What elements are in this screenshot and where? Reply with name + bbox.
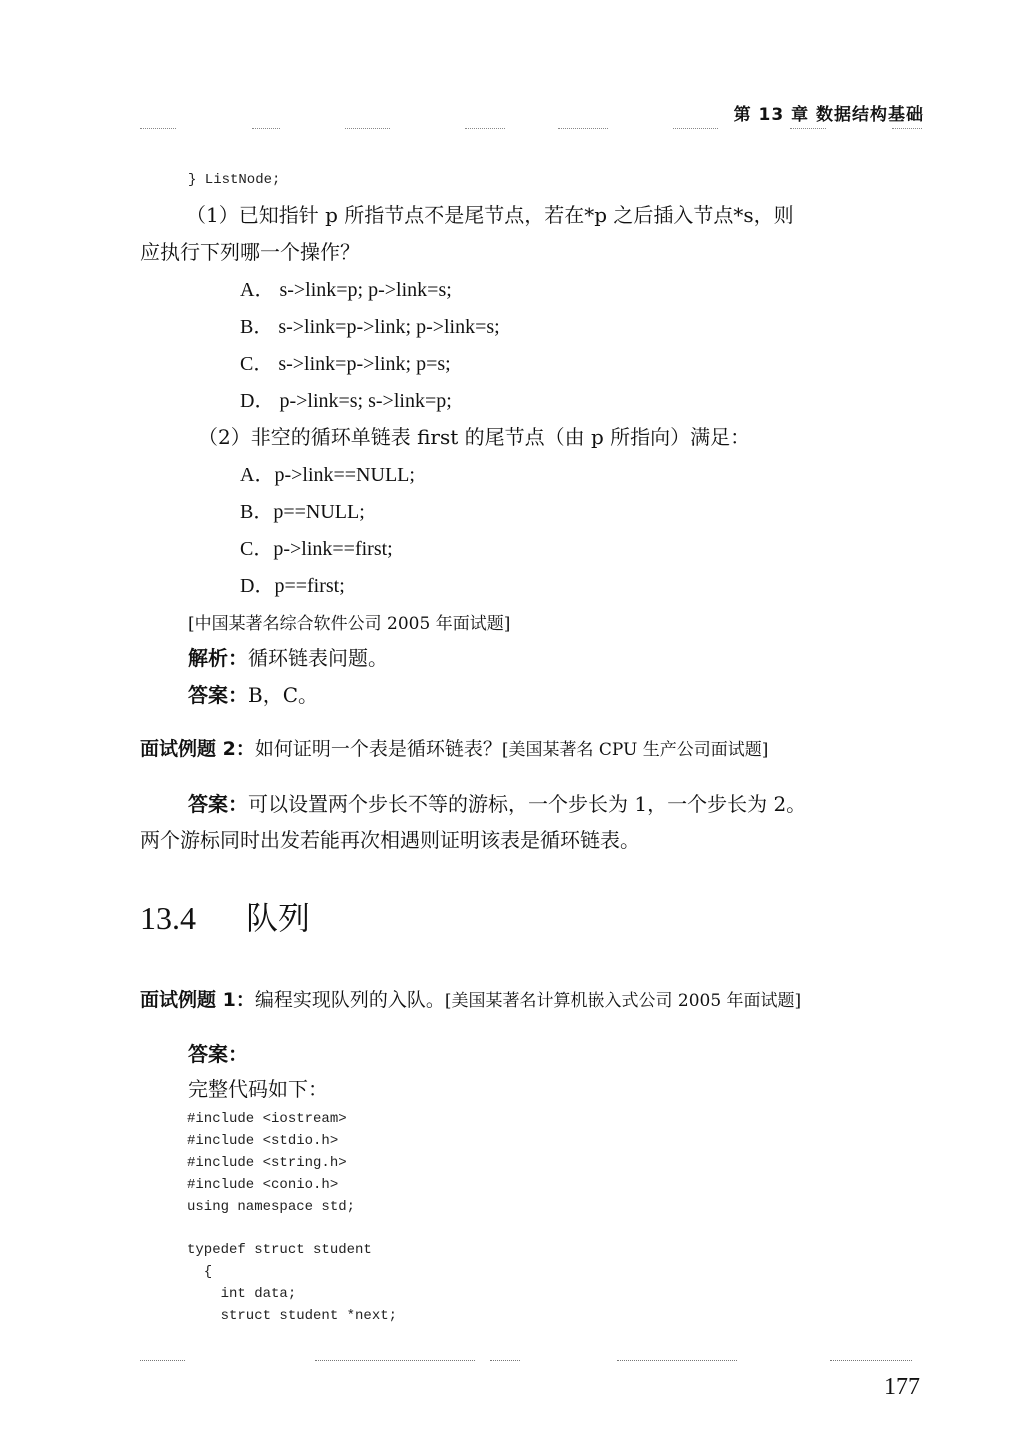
question-1-option-a: A． s->link=p; p->link=s; [240, 273, 452, 302]
answer-label: 答案： [188, 683, 248, 707]
question-source: [中国某著名综合软件公司 2005 年面试题] [188, 609, 510, 634]
footer-rule [830, 1360, 912, 1361]
question-2-stem: （2）非空的循环单链表 first 的尾节点（由 p 所指向）满足： [198, 421, 750, 450]
header-rule [673, 128, 718, 129]
question-2-option-c: C．p->link==first; [240, 532, 393, 561]
footer-rule [315, 1360, 475, 1361]
code-line: struct student *next; [187, 1308, 397, 1324]
code-line: #include <iostream> [187, 1111, 347, 1127]
header-rule [558, 128, 608, 129]
code-line: using namespace std; [187, 1199, 355, 1215]
code-line: #include <stdio.h> [187, 1133, 338, 1149]
example-question: 编程实现队列的入队。 [255, 989, 445, 1011]
header-rule [790, 128, 826, 129]
question-1-option-c: C． s->link=p->link; p=s; [240, 347, 451, 376]
example-source: [美国某著名计算机嵌入式公司 2005 年面试题] [445, 991, 801, 1011]
answer-2: 答案：可以设置两个步长不等的游标，一个步长为 1，一个步长为 2。 [188, 788, 806, 817]
example-label: 面试例题 1： [140, 989, 255, 1011]
section-number: 13.4 [140, 900, 246, 937]
footer-rule [490, 1360, 520, 1361]
analysis: 解析：循环链表问题。 [188, 642, 388, 671]
answer-2-cont: 两个游标同时出发若能再次相遇则证明该表是循环链表。 [140, 824, 640, 853]
code-line: #include <string.h> [187, 1155, 347, 1171]
question-1-option-b: B． s->link=p->link; p->link=s; [240, 310, 500, 339]
question-2-option-a: A．p->link==NULL; [240, 458, 415, 487]
answer-text: B，C。 [248, 683, 318, 707]
answer-text: 可以设置两个步长不等的游标，一个步长为 1，一个步长为 2。 [248, 792, 806, 816]
answer-label: 答案： [188, 792, 248, 816]
header-rule [345, 128, 390, 129]
example-1-heading: 面试例题 1：编程实现队列的入队。[美国某著名计算机嵌入式公司 2005 年面试… [140, 985, 801, 1012]
question-1-option-d: D． p->link=s; s->link=p; [240, 384, 452, 413]
example-label: 面试例题 2： [140, 738, 255, 760]
question-2-option-d: D．p==first; [240, 569, 345, 598]
footer-rule [140, 1360, 185, 1361]
header-rule [140, 128, 176, 129]
example-2-heading: 面试例题 2：如何证明一个表是循环链表？[美国某著名 CPU 生产公司面试题] [140, 734, 768, 761]
example-question: 如何证明一个表是循环链表？ [255, 738, 502, 760]
header-rule [252, 128, 280, 129]
section-heading: 13.4队列 [140, 893, 310, 939]
analysis-label: 解析： [188, 646, 248, 670]
question-2-option-b: B．p==NULL; [240, 495, 365, 524]
example-source: [美国某著名 CPU 生产公司面试题] [502, 740, 769, 760]
section-title: 队列 [246, 900, 310, 936]
code-line: typedef struct student [187, 1242, 372, 1258]
question-1-stem: （1）已知指针 p 所指节点不是尾节点，若在*p 之后插入节点*s，则 [186, 199, 794, 228]
header-rule [892, 128, 922, 129]
running-header-chapter-title: 第 13 章 数据结构基础 [734, 100, 924, 125]
analysis-text: 循环链表问题。 [248, 646, 388, 670]
footer-rule [617, 1360, 737, 1361]
answer-3-intro: 完整代码如下： [188, 1073, 328, 1102]
question-1-stem-cont: 应执行下列哪一个操作？ [140, 236, 360, 265]
code-fragment: } ListNode; [188, 172, 280, 188]
code-line: { [187, 1264, 212, 1280]
header-rule [465, 128, 505, 129]
page-number: 177 [884, 1374, 920, 1401]
answer-1: 答案：B，C。 [188, 679, 318, 708]
code-line: int data; [187, 1286, 296, 1302]
code-line: #include <conio.h> [187, 1177, 338, 1193]
answer-3-label: 答案： [188, 1038, 248, 1067]
